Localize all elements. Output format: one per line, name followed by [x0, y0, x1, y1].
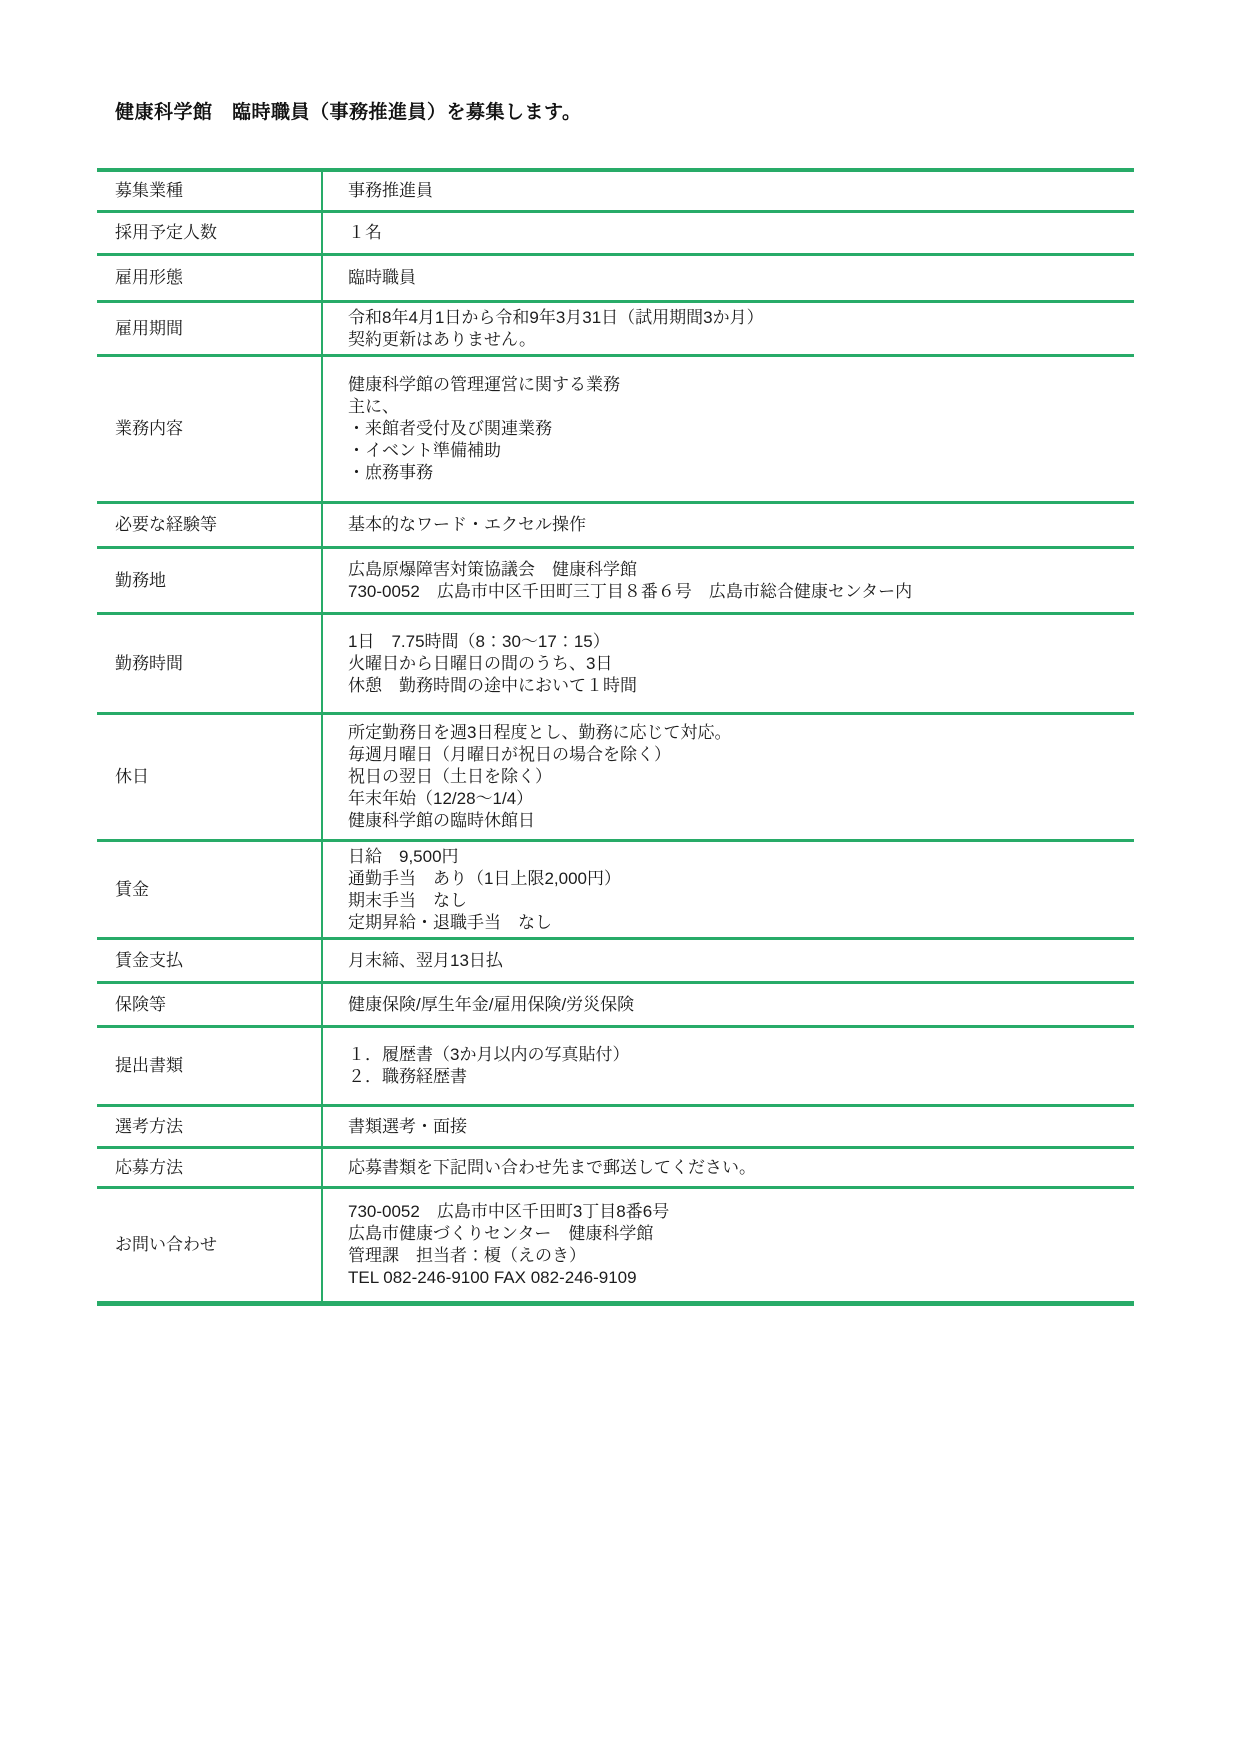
- table-row: 提出書類１．履歴書（3か月以内の写真貼付）２．職務経歴書: [97, 1028, 1134, 1107]
- row-label-cell: 賃金: [97, 842, 323, 937]
- row-value-line: 休憩 勤務時間の途中において１時間: [348, 675, 1124, 697]
- document-page: 健康科学館 臨時職員（事務推進員）を募集します。 募集業種事務推進員採用予定人数…: [0, 0, 1241, 1755]
- row-label-cell: 勤務地: [97, 549, 323, 612]
- table-row: 必要な経験等基本的なワード・エクセル操作: [97, 504, 1134, 549]
- row-value-line: 730-0052 広島市中区千田町三丁目８番６号 広島市総合健康センター内: [348, 581, 1124, 603]
- row-value-cell: １名: [323, 213, 1134, 253]
- row-label: 業務内容: [115, 418, 321, 440]
- row-label-cell: 雇用期間: [97, 303, 323, 354]
- row-value-cell: 所定勤務日を週3日程度とし、勤務に応じて対応。毎週月曜日（月曜日が祝日の場合を除…: [323, 715, 1134, 839]
- row-label: 雇用期間: [115, 318, 321, 340]
- row-value-line: 月末締、翌月13日払: [348, 950, 1124, 972]
- row-value-cell: 日給 9,500円通勤手当 あり（1日上限2,000円）期末手当 なし定期昇給・…: [323, 842, 1134, 937]
- row-value-line: 火曜日から日曜日の間のうち、3日: [348, 653, 1124, 675]
- row-value-line: 令和8年4月1日から令和9年3月31日（試用期間3か月）: [348, 307, 1124, 329]
- row-value-cell: 月末締、翌月13日払: [323, 940, 1134, 981]
- row-label: お問い合わせ: [115, 1234, 321, 1256]
- row-label: 休日: [115, 766, 321, 788]
- row-value-line: ・来館者受付及び関連業務: [348, 418, 1124, 440]
- row-value-cell: 730-0052 広島市中区千田町3丁目8番6号広島市健康づくりセンター 健康科…: [323, 1189, 1134, 1301]
- row-value-line: 毎週月曜日（月曜日が祝日の場合を除く）: [348, 744, 1124, 766]
- row-value-line: 基本的なワード・エクセル操作: [348, 514, 1124, 536]
- row-label-cell: 必要な経験等: [97, 504, 323, 546]
- row-value-line: TEL 082-246-9100 FAX 082-246-9109: [348, 1267, 1124, 1289]
- row-value-cell: 健康科学館の管理運営に関する業務主に、・来館者受付及び関連業務・イベント準備補助…: [323, 357, 1134, 501]
- table-row: 保険等健康保険/厚生年金/雇用保険/労災保険: [97, 984, 1134, 1028]
- job-table: 募集業種事務推進員採用予定人数１名雇用形態臨時職員雇用期間令和8年4月1日から令…: [97, 168, 1134, 1306]
- row-label-cell: 採用予定人数: [97, 213, 323, 253]
- row-value-line: 広島市健康づくりセンター 健康科学館: [348, 1223, 1124, 1245]
- row-value-line: 期末手当 なし: [348, 890, 1124, 912]
- row-label-cell: 休日: [97, 715, 323, 839]
- row-value-cell: 広島原爆障害対策協議会 健康科学館730-0052 広島市中区千田町三丁目８番６…: [323, 549, 1134, 612]
- row-label: 賃金支払: [115, 950, 321, 972]
- row-value-cell: １．履歴書（3か月以内の写真貼付）２．職務経歴書: [323, 1028, 1134, 1104]
- table-row: 勤務地広島原爆障害対策協議会 健康科学館730-0052 広島市中区千田町三丁目…: [97, 549, 1134, 615]
- row-label: 選考方法: [115, 1116, 321, 1138]
- row-label: 雇用形態: [115, 267, 321, 289]
- page-title: 健康科学館 臨時職員（事務推進員）を募集します。: [0, 0, 1241, 126]
- row-value-line: 定期昇給・退職手当 なし: [348, 912, 1124, 934]
- row-value-line: 通勤手当 あり（1日上限2,000円）: [348, 868, 1124, 890]
- row-value-line: 730-0052 広島市中区千田町3丁目8番6号: [348, 1201, 1124, 1223]
- row-value-line: 書類選考・面接: [348, 1116, 1124, 1138]
- row-value-cell: 基本的なワード・エクセル操作: [323, 504, 1134, 546]
- row-label: 勤務時間: [115, 653, 321, 675]
- table-row: 選考方法書類選考・面接: [97, 1107, 1134, 1149]
- row-value-line: 祝日の翌日（土日を除く）: [348, 766, 1124, 788]
- row-value-line: 応募書類を下記問い合わせ先まで郵送してください。: [348, 1157, 1124, 1179]
- row-value-line: 主に、: [348, 396, 1124, 418]
- row-label-cell: 選考方法: [97, 1107, 323, 1146]
- row-label-cell: 提出書類: [97, 1028, 323, 1104]
- table-row: 採用予定人数１名: [97, 213, 1134, 256]
- row-value-line: 健康保険/厚生年金/雇用保険/労災保険: [348, 994, 1124, 1016]
- row-value-cell: 1日 7.75時間（8：30～17：15）火曜日から日曜日の間のうち、3日休憩 …: [323, 615, 1134, 712]
- row-value-cell: 事務推進員: [323, 172, 1134, 210]
- table-row: 雇用期間令和8年4月1日から令和9年3月31日（試用期間3か月）契約更新はありま…: [97, 303, 1134, 357]
- row-label-cell: 保険等: [97, 984, 323, 1025]
- table-row: 勤務時間1日 7.75時間（8：30～17：15）火曜日から日曜日の間のうち、3…: [97, 615, 1134, 715]
- row-value-cell: 応募書類を下記問い合わせ先まで郵送してください。: [323, 1149, 1134, 1186]
- row-value-line: 日給 9,500円: [348, 846, 1124, 868]
- table-row: 応募方法応募書類を下記問い合わせ先まで郵送してください。: [97, 1149, 1134, 1189]
- row-value-line: 1日 7.75時間（8：30～17：15）: [348, 631, 1124, 653]
- row-value-line: １．履歴書（3か月以内の写真貼付）: [348, 1044, 1124, 1066]
- row-label: 提出書類: [115, 1055, 321, 1077]
- table-row: 募集業種事務推進員: [97, 172, 1134, 213]
- table-row: 休日所定勤務日を週3日程度とし、勤務に応じて対応。毎週月曜日（月曜日が祝日の場合…: [97, 715, 1134, 842]
- row-label-cell: 募集業種: [97, 172, 323, 210]
- row-label: 保険等: [115, 994, 321, 1016]
- row-label: 勤務地: [115, 570, 321, 592]
- row-label-cell: 勤務時間: [97, 615, 323, 712]
- row-value-line: 健康科学館の臨時休館日: [348, 810, 1124, 832]
- row-value-line: ・イベント準備補助: [348, 440, 1124, 462]
- row-value-line: ２．職務経歴書: [348, 1066, 1124, 1088]
- table-row: 賃金日給 9,500円通勤手当 あり（1日上限2,000円）期末手当 なし定期昇…: [97, 842, 1134, 940]
- row-label: 必要な経験等: [115, 514, 321, 536]
- row-value-line: 広島原爆障害対策協議会 健康科学館: [348, 559, 1124, 581]
- row-label: 応募方法: [115, 1157, 321, 1179]
- row-value-cell: 書類選考・面接: [323, 1107, 1134, 1146]
- row-value-line: 事務推進員: [348, 180, 1124, 202]
- row-value-line: 契約更新はありません。: [348, 329, 1124, 351]
- row-label-cell: お問い合わせ: [97, 1189, 323, 1301]
- table-row: お問い合わせ730-0052 広島市中区千田町3丁目8番6号広島市健康づくりセン…: [97, 1189, 1134, 1301]
- row-value-line: 年末年始（12/28～1/4）: [348, 788, 1124, 810]
- row-value-line: １名: [348, 222, 1124, 244]
- row-value-line: ・庶務事務: [348, 462, 1124, 484]
- row-value-cell: 臨時職員: [323, 256, 1134, 300]
- row-label-cell: 応募方法: [97, 1149, 323, 1186]
- row-label: 賃金: [115, 879, 321, 901]
- row-value-line: 管理課 担当者：榎（えのき）: [348, 1245, 1124, 1267]
- row-label-cell: 業務内容: [97, 357, 323, 501]
- row-value-line: 健康科学館の管理運営に関する業務: [348, 374, 1124, 396]
- row-value-cell: 健康保険/厚生年金/雇用保険/労災保険: [323, 984, 1134, 1025]
- row-label: 採用予定人数: [115, 222, 321, 244]
- row-label-cell: 賃金支払: [97, 940, 323, 981]
- table-row: 賃金支払月末締、翌月13日払: [97, 940, 1134, 984]
- row-value-line: 臨時職員: [348, 267, 1124, 289]
- row-value-line: 所定勤務日を週3日程度とし、勤務に応じて対応。: [348, 722, 1124, 744]
- table-row: 雇用形態臨時職員: [97, 256, 1134, 303]
- row-label-cell: 雇用形態: [97, 256, 323, 300]
- row-label: 募集業種: [115, 180, 321, 202]
- table-row: 業務内容健康科学館の管理運営に関する業務主に、・来館者受付及び関連業務・イベント…: [97, 357, 1134, 504]
- row-value-cell: 令和8年4月1日から令和9年3月31日（試用期間3か月）契約更新はありません。: [323, 303, 1134, 354]
